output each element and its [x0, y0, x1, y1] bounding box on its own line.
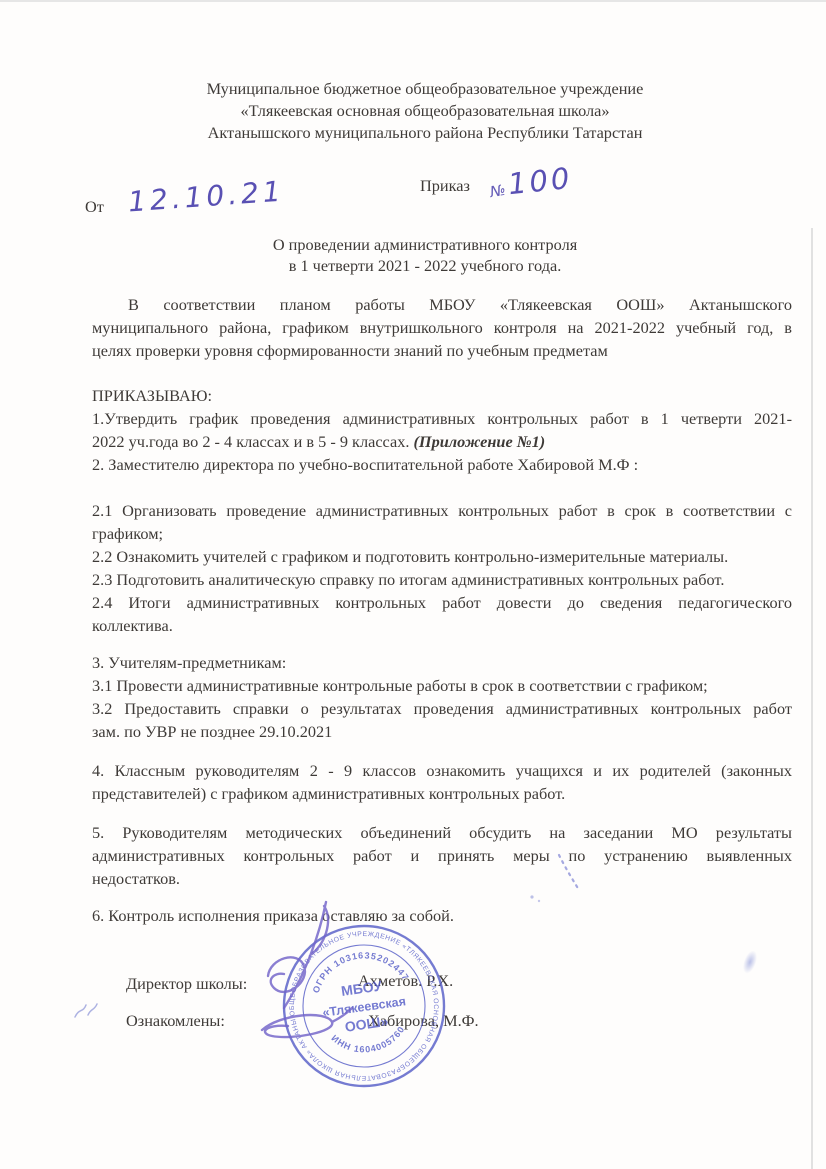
order-number-sign-handwritten: №: [489, 181, 507, 201]
order-item-4-line-1: 4. Классным руководителям 2 - 9 классов …: [92, 759, 792, 782]
ink-smudge-left: [72, 1000, 100, 1022]
order-item-3: 3. Учителям-предметникам:: [92, 651, 792, 674]
signatures-ink: [240, 888, 370, 1078]
document-title: О проведении административного контроля …: [72, 234, 778, 276]
scan-edge-right: [811, 228, 813, 1169]
order-item-3-2-line-1: 3.2 Предоставить справки о результатах п…: [92, 697, 792, 720]
order-item-5-line-2: административных контрольных работ и при…: [92, 844, 792, 867]
order-item-1-line-2: 2022 уч.года во 2 - 4 классах и в 5 - 9 …: [92, 430, 792, 453]
acknowledged-signature: [262, 1008, 352, 1037]
order-number-handwritten: 100: [506, 161, 574, 202]
title-line-1: О проведении административного контроля: [72, 234, 778, 255]
header-line-3: Актанышского муниципального района Респу…: [72, 122, 778, 144]
order-item-3-1: 3.1 Провести административные контрольны…: [92, 674, 792, 697]
scan-edge-top: [0, 0, 826, 2]
intro-line-1: В соответствии планом работы МБОУ «Тляке…: [92, 293, 792, 316]
header-line-2: «Тлякеевская основная общеобразовательна…: [72, 100, 778, 122]
order-item-4-line-2: представителей) с графиком административ…: [92, 782, 792, 805]
order-item-2-2: 2.2 Ознакомить учителей с графиком и под…: [92, 545, 792, 568]
director-label: Директор школы:: [126, 974, 247, 994]
from-label: От: [85, 197, 104, 217]
director-signature: [268, 902, 328, 1008]
order-item-2-1-line-2: графиком;: [92, 522, 792, 545]
ink-smudge-trail: [520, 845, 590, 910]
ink-smudge-right: [740, 949, 759, 976]
order-item-2-3: 2.3 Подготовить аналитическую справку по…: [92, 568, 792, 591]
intro-line-2: муниципального района, графиком внутришк…: [92, 316, 792, 339]
annex-reference: (Приложение №1): [413, 432, 545, 451]
order-item-2-1-line-1: 2.1 Организовать проведение администрати…: [92, 499, 792, 522]
order-item-3-2-line-2: зам. по УВР не позднее 29.10.2021: [92, 720, 792, 743]
order-item-5-line-3: недостатков.: [92, 867, 792, 890]
order-item-1-text: 2022 уч.года во 2 - 4 классах и в 5 - 9 …: [92, 432, 413, 451]
order-item-2: 2. Заместителю директора по учебно-воспи…: [92, 453, 792, 476]
order-item-2-4-line-1: 2.4 Итоги административных контрольных р…: [92, 591, 792, 614]
order-item-2-4-line-2: коллектива.: [92, 614, 792, 637]
order-label: Приказ: [420, 176, 470, 196]
scanned-order-document: Муниципальное бюджетное общеобразователь…: [0, 0, 826, 1169]
order-item-1-line-1: 1.Утвердить график проведения администра…: [92, 407, 792, 430]
order-item-5-line-1: 5. Руководителям методических объединени…: [92, 821, 792, 844]
title-line-2: в 1 четверти 2021 - 2022 учебного года.: [72, 255, 778, 276]
resolution-label: ПРИКАЗЫВАЮ:: [92, 384, 792, 407]
date-handwritten: 12.10.21: [127, 175, 286, 219]
acknowledged-label: Ознакомлены:: [126, 1011, 225, 1031]
header-line-1: Муниципальное бюджетное общеобразователь…: [72, 78, 778, 100]
intro-line-3: целях проверки уровня сформированности з…: [92, 339, 792, 362]
document-header: Муниципальное бюджетное общеобразователь…: [72, 78, 778, 144]
